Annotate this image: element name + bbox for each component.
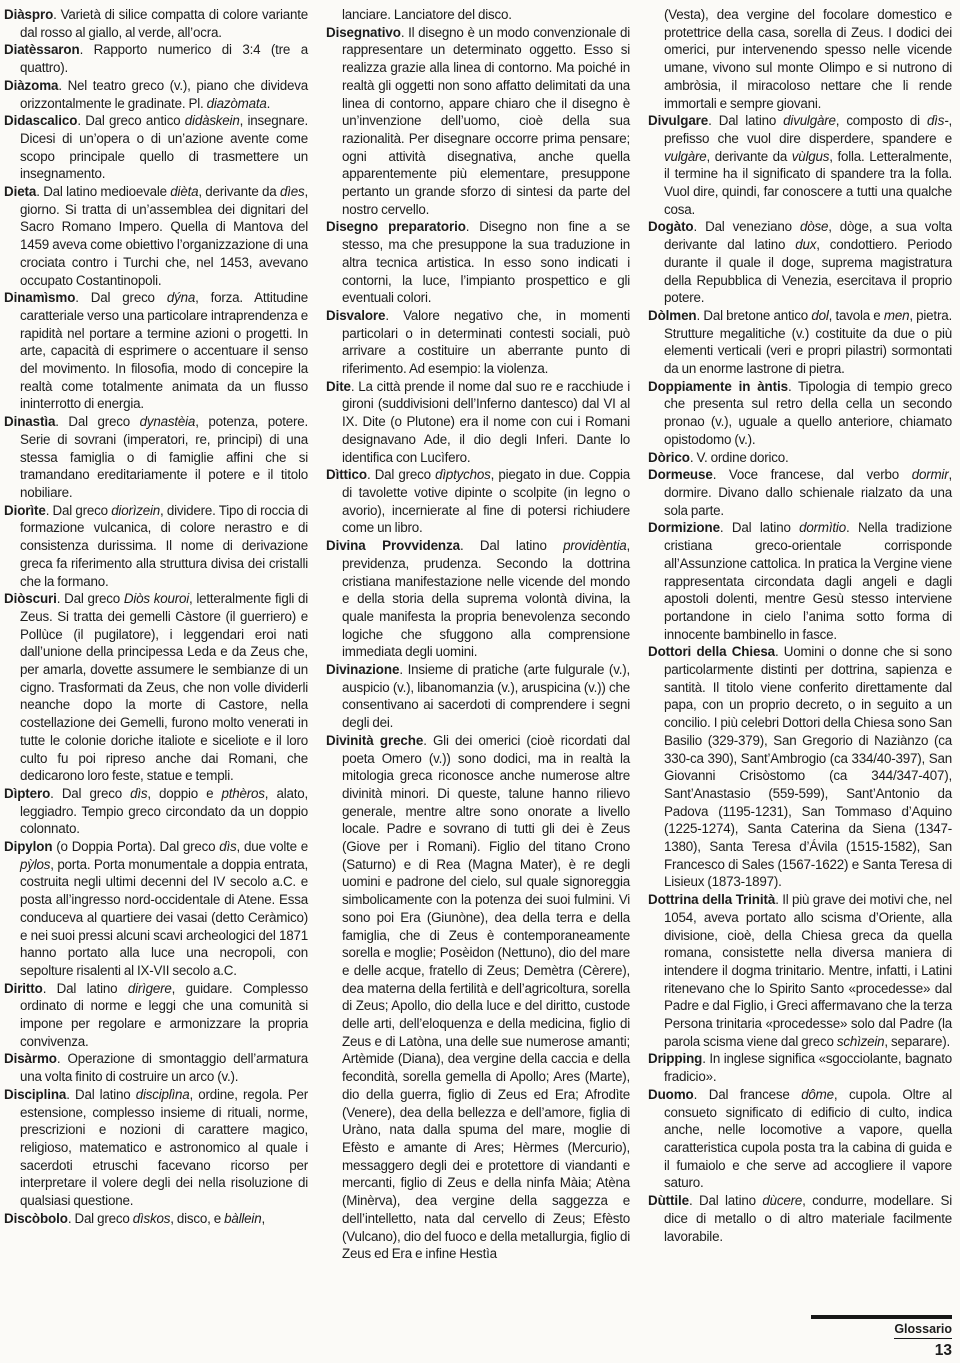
italic-term: didàskein (185, 113, 240, 128)
glossary-entry: Doppiamente in àntis. Tipologia di tempi… (648, 378, 952, 449)
italic-term: dièta (170, 184, 198, 199)
entry-headword: Dipylon (4, 839, 52, 854)
text-column-1: Diàspro. Varietà di silice compatta di c… (4, 6, 308, 1263)
entry-headword: Diatèssaron (4, 42, 80, 57)
italic-term: pthèros (222, 786, 265, 801)
glossary-entry: Dìptero. Dal greco dìs, doppio e pthèros… (4, 785, 308, 838)
glossary-entry: Divulgare. Dal latino divulgàre, compost… (648, 112, 952, 218)
italic-term: divulgàre (783, 113, 836, 128)
italic-term: dìs (130, 786, 147, 801)
entry-headword: Dùttile (648, 1193, 689, 1208)
italic-term: dux (795, 237, 816, 252)
entry-headword: Dottrina della Trinità (648, 892, 775, 907)
entry-headword: Dottori della Chiesa (648, 644, 775, 659)
section-label: Glossario (894, 1322, 952, 1339)
entry-headword: Diritto (4, 981, 43, 996)
glossary-entry: Dieta. Dal latino medioevale dièta, deri… (4, 183, 308, 289)
glossary-entry: Diritto. Dal latino dirìgere, guidare. C… (4, 980, 308, 1051)
glossary-entry: Divinità greche. Gli dei omerici (cioè r… (326, 732, 630, 1263)
glossary-entry: Dùttile. Dal latino dùcere, condurre, mo… (648, 1192, 952, 1245)
italic-term: bàllein (224, 1211, 261, 1226)
entry-headword: Dinastìa (4, 414, 55, 429)
glossary-entry: Dottori della Chiesa. Uomini o donne che… (648, 643, 952, 891)
glossary-entry: Dormizione. Dal latino dormìtio. Nella t… (648, 519, 952, 643)
glossary-entry: Diatèssaron. Rapporto numerico di 3:4 (t… (4, 41, 308, 76)
glossary-entry: Dòlmen. Dal bretone antico dol, tavola e… (648, 307, 952, 378)
entry-headword: Disegnativo (326, 25, 401, 40)
glossary-entry: Duomo. Dal francese dôme, cupola. Oltre … (648, 1086, 952, 1192)
italic-term: men (884, 308, 909, 323)
italic-term: dìes (280, 184, 305, 199)
italic-term: diorìzein (111, 503, 160, 518)
text-column-3: (Vesta), dea vergine del focolare domest… (648, 6, 952, 1263)
italic-term: dìptychos (435, 467, 491, 482)
glossary-entry: Diòscuri. Dal greco Diòs kouroi, lettera… (4, 590, 308, 785)
entry-headword: Disciplina (4, 1087, 66, 1102)
italic-term: dirìgere (128, 981, 172, 996)
entry-headword: Didascalico (4, 113, 77, 128)
page-number: 13 (811, 1342, 952, 1360)
glossary-entry: Divina Provvidenza. Dal latino providènt… (326, 537, 630, 661)
entry-headword: Diàzoma (4, 78, 58, 93)
italic-term: dynastèia (140, 414, 196, 429)
glossary-entry: Didascalico. Dal greco antico didàskein,… (4, 112, 308, 183)
glossary-entry: Dinastìa. Dal greco dynastèia, potenza, … (4, 413, 308, 502)
glossary-entry: Dinamìsmo. Dal greco dýna, forza. Attitu… (4, 289, 308, 413)
entry-headword: Dìttico (326, 467, 367, 482)
entry-headword: Dite (326, 379, 351, 394)
glossary-entry: Disvalore. Valore negativo che, in momen… (326, 307, 630, 378)
entry-headword: Discòbolo (4, 1211, 68, 1226)
glossary-entry: Dottrina della Trinità. Il più grave dei… (648, 891, 952, 1050)
entry-headword: Doppiamente in àntis (648, 379, 788, 394)
glossary-entry: Diàspro. Varietà di silice compatta di c… (4, 6, 308, 41)
glossary-entry: Dipylon (o Doppia Porta). Dal greco dìs,… (4, 838, 308, 980)
page-footer: Glossario 13 (811, 1315, 952, 1360)
entry-headword: Dòrico (648, 450, 690, 465)
entry-headword: Diorìte (4, 503, 46, 518)
glossary-entry: Disegno preparatorio. Disegno non fine a… (326, 218, 630, 307)
entry-headword: Divinità greche (326, 733, 423, 748)
glossary-entry: Dìttico. Dal greco dìptychos, piegato in… (326, 466, 630, 537)
entry-headword: Divinazione (326, 662, 399, 677)
glossary-entry: Disciplina. Dal latino disciplìna, ordin… (4, 1086, 308, 1210)
entry-headword: Disvalore (326, 308, 385, 323)
glossary-entry: Disàrmo. Operazione di smontaggio dell’a… (4, 1050, 308, 1085)
italic-term: dìs (219, 839, 236, 854)
entry-headword: Dormeuse (648, 467, 713, 482)
entry-headword: Duomo (648, 1087, 694, 1102)
entry-headword: Disegno preparatorio (326, 219, 466, 234)
glossary-entry: Disegnativo. Il disegno è un modo conven… (326, 24, 630, 219)
italic-term: dìskos (133, 1211, 171, 1226)
glossary-entry: Dogàto. Dal veneziano dòse, dòge, a sua … (648, 218, 952, 307)
italic-term: diazòmata (207, 96, 267, 111)
italic-term: dormìtio (799, 520, 846, 535)
glossary-entry: Diàzoma. Nel teatro greco (v.), piano ch… (4, 77, 308, 112)
text-column-2: lanciare. Lanciatore del disco.Disegnati… (326, 6, 630, 1263)
entry-headword: Divulgare (648, 113, 708, 128)
glossary-entry-continuation: (Vesta), dea vergine del focolare domest… (648, 6, 952, 112)
glossary-entry: Diorìte. Dal greco diorìzein, dividere. … (4, 502, 308, 591)
entry-headword: Diàspro (4, 7, 53, 22)
glossary-entry-continuation: lanciare. Lanciatore del disco. (326, 6, 630, 24)
italic-term: dùcere (762, 1193, 802, 1208)
glossary-entry: Dormeuse. Voce francese, dal verbo dormi… (648, 466, 952, 519)
italic-term: dýna (167, 290, 195, 305)
entry-headword: Dòlmen (648, 308, 697, 323)
entry-headword: Disàrmo (4, 1051, 57, 1066)
entry-headword: Dormizione (648, 520, 720, 535)
entry-headword: Dogàto (648, 219, 694, 234)
glossary-entry: Dòrico. V. ordine dorico. (648, 449, 952, 467)
entry-headword: Divina Provvidenza (326, 538, 460, 553)
italic-term: providèntia (563, 538, 626, 553)
entry-headword: Dìptero (4, 786, 50, 801)
entry-headword: Dripping (648, 1051, 702, 1066)
entry-headword: Dieta (4, 184, 36, 199)
glossary-entry: Dripping. In inglese significa «sgocciol… (648, 1050, 952, 1085)
italic-term: vùlgus (792, 149, 830, 164)
italic-term: Diòs kouroi (124, 591, 189, 606)
italic-term: disciplìna (136, 1087, 190, 1102)
italic-term: dòse (800, 219, 828, 234)
italic-term: dôme (801, 1087, 834, 1102)
glossary-entry: Divinazione. Insieme di pratiche (arte f… (326, 661, 630, 732)
entry-headword: Dinamìsmo (4, 290, 75, 305)
italic-term: pỳlos (20, 857, 50, 872)
italic-term: schìzein (837, 1034, 885, 1049)
italic-term: dormir (912, 467, 949, 482)
glossary-entry: Discòbolo. Dal greco dìskos, disco, e bà… (4, 1210, 308, 1228)
italic-term: dìs- (927, 113, 949, 128)
glossary-columns: Diàspro. Varietà di silice compatta di c… (4, 6, 952, 1263)
glossary-entry: Dite. La città prende il nome dal suo re… (326, 378, 630, 467)
italic-term: vulgàre (664, 149, 707, 164)
entry-headword: Diòscuri (4, 591, 57, 606)
italic-term: dol (811, 308, 828, 323)
glossary-page: Diàspro. Varietà di silice compatta di c… (0, 0, 960, 1363)
